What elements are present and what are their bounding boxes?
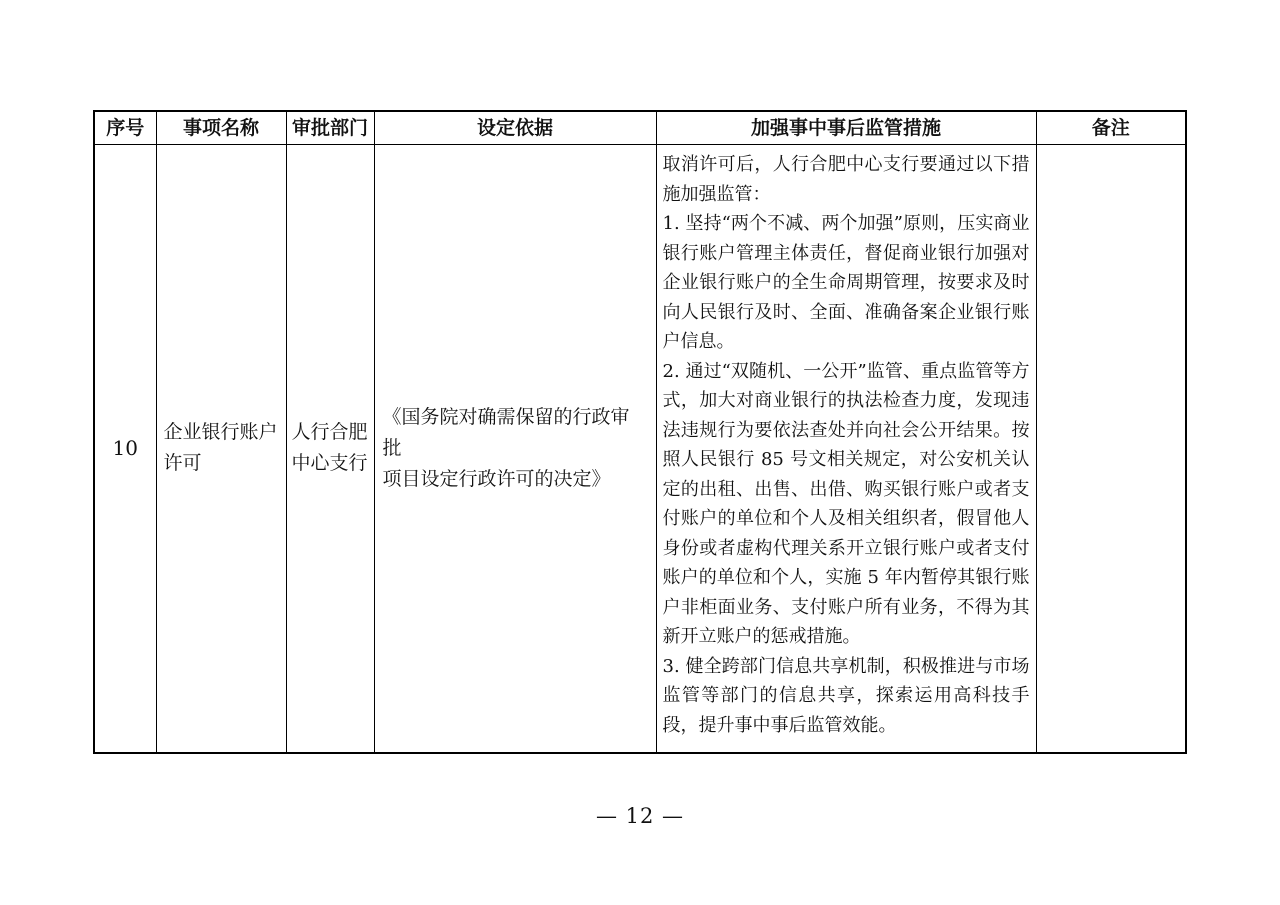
header-remarks: 备注 [1036, 111, 1186, 145]
measures-paragraph-1: 1. 坚持“两个不减、两个加强”原则，压实商业银行账户管理主体责任，督促商业银行… [663, 209, 1030, 357]
page-number: — 12 — [0, 804, 1280, 828]
table-header-row: 序号 事项名称 审批部门 设定依据 加强事中事后监管措施 备注 [94, 111, 1186, 145]
cell-serial-number: 10 [94, 145, 156, 753]
cell-remarks [1036, 145, 1186, 753]
regulation-table: 序号 事项名称 审批部门 设定依据 加强事中事后监管措施 备注 10 企业银行账… [93, 110, 1187, 754]
document-page: 序号 事项名称 审批部门 设定依据 加强事中事后监管措施 备注 10 企业银行账… [0, 0, 1280, 905]
cell-item-name: 企业银行账户 许可 [156, 145, 286, 753]
measures-intro-paragraph: 取消许可后，人行合肥中心支行要通过以下措施加强监管： [663, 150, 1030, 209]
header-legal-basis: 设定依据 [374, 111, 656, 145]
header-supervision-measures: 加强事中事后监管措施 [656, 111, 1036, 145]
measures-paragraph-3: 3. 健全跨部门信息共享机制，积极推进与市场监管等部门的信息共享，探索运用高科技… [663, 652, 1030, 741]
table-row: 10 企业银行账户 许可 人行合肥 中心支行 《国务院对确需保留的行政审批 项目… [94, 145, 1186, 753]
cell-approval-department: 人行合肥 中心支行 [286, 145, 374, 753]
header-serial-number: 序号 [94, 111, 156, 145]
measures-paragraph-2: 2. 通过“双随机、一公开”监管、重点监管等方式，加大对商业银行的执法检查力度，… [663, 357, 1030, 652]
cell-supervision-measures: 取消许可后，人行合肥中心支行要通过以下措施加强监管： 1. 坚持“两个不减、两个… [656, 145, 1036, 753]
header-item-name: 事项名称 [156, 111, 286, 145]
cell-legal-basis: 《国务院对确需保留的行政审批 项目设定行政许可的决定》 [374, 145, 656, 753]
header-approval-department: 审批部门 [286, 111, 374, 145]
